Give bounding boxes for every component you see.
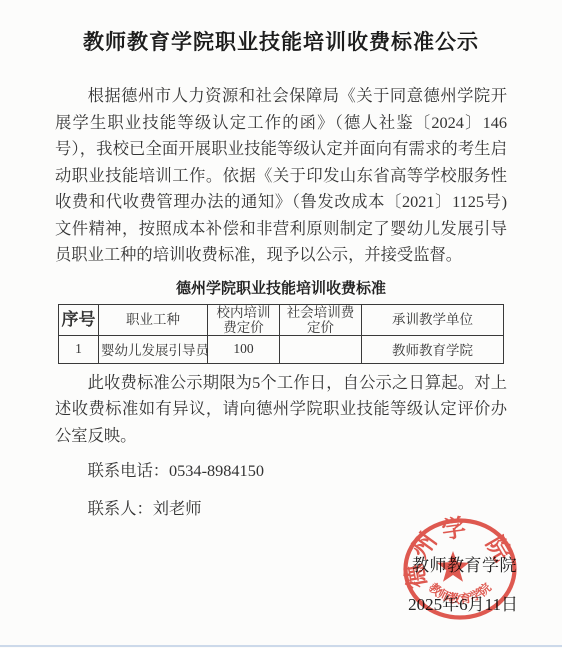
- seal-inner-text: 教师教育学院: [425, 579, 494, 607]
- page-title: 教师教育学院职业技能培训收费标准公示: [0, 28, 562, 58]
- fee-table-title: 德州学院职业技能培训收费标准: [0, 279, 562, 299]
- seal-graphics: 德 州 学 院 教师教育学院: [400, 514, 516, 617]
- header-training-unit: 承训教学单位: [362, 304, 504, 335]
- scanned-notice-page: 教师教育学院职业技能培训收费标准公示 根据德州市人力资源和社会保障局《关于同意德…: [0, 0, 562, 648]
- header-occupation: 职业工种: [99, 304, 208, 335]
- notice-paragraph-1: 根据德州市人力资源和社会保障局《关于同意德州学院开展学生职业技能等级认定工作的函…: [55, 83, 507, 269]
- header-social-fee: 社会培训费定价: [280, 304, 362, 335]
- fee-table-row: 1 婴幼儿发展引导员 100 教师教育学院: [59, 335, 504, 363]
- seal-outer-text: 德 州 学 院: [400, 514, 516, 590]
- cell-social-fee: [280, 335, 362, 363]
- seal-char-zhou: 州: [406, 528, 442, 563]
- header-seq: 序号: [59, 304, 99, 335]
- cell-training-unit: 教师教育学院: [362, 335, 504, 363]
- cell-seq: 1: [59, 335, 99, 363]
- cell-campus-fee: 100: [208, 335, 280, 363]
- fee-table-header-row: 序号 职业工种 校内培训费定价 社会培训费定价 承训教学单位: [59, 304, 504, 335]
- star-icon: [437, 551, 469, 582]
- official-seal: 德 州 学 院 教师教育学院: [390, 507, 530, 632]
- scan-edge-line: [0, 645, 562, 647]
- cell-occupation: 婴幼儿发展引导员: [99, 335, 208, 363]
- notice-paragraph-2: 此收费标准公示期限为5个工作日，自公示之日算起。对上述收费标准如有异议，请向德州…: [55, 370, 507, 450]
- seal-char-yuan: 院: [480, 532, 515, 566]
- contact-phone: 联系电话：0534-8984150: [55, 458, 507, 485]
- fee-table: 序号 职业工种 校内培训费定价 社会培训费定价 承训教学单位 1 婴幼儿发展引导…: [58, 304, 504, 364]
- seal-char-xue: 学: [440, 514, 468, 544]
- header-campus-fee: 校内培训费定价: [208, 304, 280, 335]
